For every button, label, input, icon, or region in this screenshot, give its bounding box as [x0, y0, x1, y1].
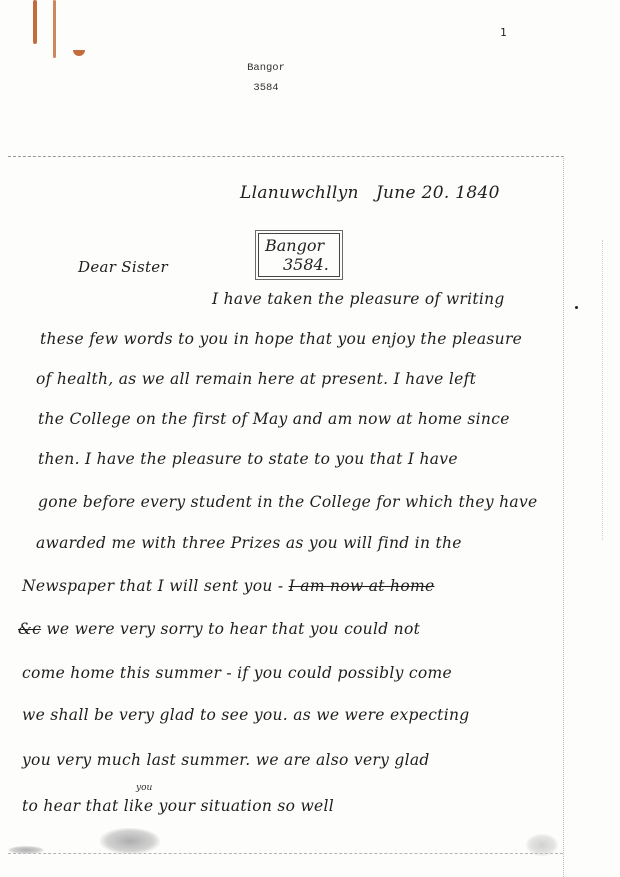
- margin-line: [602, 240, 603, 540]
- archive-stamp: Bangor 3584.: [255, 230, 343, 280]
- ink-dot: [575, 306, 578, 309]
- archive-stamp-inner: Bangor 3584.: [258, 233, 340, 277]
- interlinear-insertion: you: [136, 783, 152, 793]
- letter-line: to hear that like your situation so well: [22, 797, 334, 815]
- letter-line-text: Newspaper that I will sent you -: [22, 577, 283, 595]
- date: June 20. 1840: [376, 183, 500, 203]
- rust-stain: [33, 0, 37, 44]
- letter-line: we shall be very glad to see you. as we …: [22, 706, 469, 724]
- letter-line: come home this summer - if you could pos…: [22, 664, 452, 682]
- stamp-archive-number: 3584.: [283, 255, 329, 274]
- archive-reference: Bangor 3584: [236, 58, 296, 98]
- letter-line: awarded me with three Prizes as you will…: [36, 534, 462, 552]
- letter-line: the College on the first of May and am n…: [38, 410, 510, 428]
- struck-text: I am now at home: [289, 577, 435, 595]
- letter-line: &c we were very sorry to hear that you c…: [18, 620, 420, 638]
- smudge: [8, 846, 44, 854]
- smudge: [100, 828, 160, 854]
- rust-stain: [53, 0, 56, 58]
- letter-line: these few words to you in hope that you …: [40, 330, 522, 348]
- archive-name: Bangor: [236, 58, 296, 78]
- place: Llanuwchllyn: [240, 183, 359, 203]
- letter-line: of health, as we all remain here at pres…: [36, 370, 476, 388]
- stamp-archive-name: Bangor: [265, 236, 324, 255]
- archive-number: 3584: [236, 78, 296, 98]
- rust-stain: [73, 50, 85, 56]
- letter-line: Newspaper that I will sent you - I am no…: [22, 577, 434, 595]
- struck-text: &c: [18, 620, 41, 638]
- dateline: Llanuwchllyn June 20. 1840: [240, 183, 500, 203]
- letter-line: then. I have the pleasure to state to yo…: [38, 450, 458, 468]
- sheet-bottom-edge: [8, 853, 563, 854]
- letter-line-text: we were very sorry to hear that you coul…: [46, 620, 420, 638]
- letter-line: I have taken the pleasure of writing: [212, 290, 505, 308]
- salutation: Dear Sister: [78, 258, 168, 276]
- letter-line: gone before every student in the College…: [38, 493, 538, 511]
- smudge: [526, 834, 558, 856]
- page-number: 1: [500, 26, 507, 39]
- letter-line: you very much last summer. we are also v…: [22, 751, 430, 769]
